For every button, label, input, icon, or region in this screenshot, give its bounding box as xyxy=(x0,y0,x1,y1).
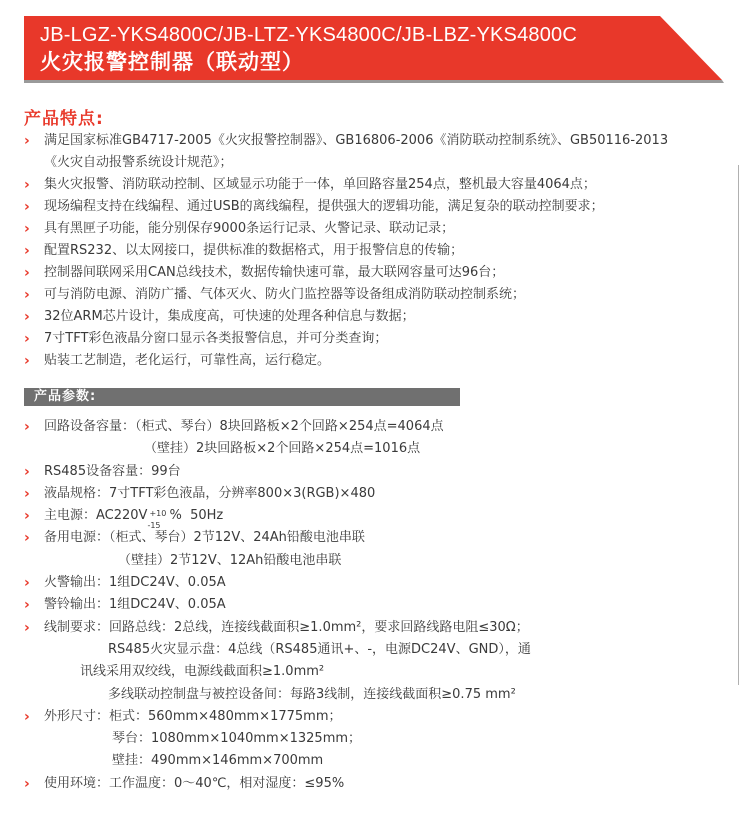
chevron-right-icon: › xyxy=(24,527,30,549)
param-environment: ›使用环境：工作温度：0～40℃，相对湿度：≤95% xyxy=(24,773,531,795)
chevron-right-icon: › xyxy=(24,328,30,350)
chevron-right-icon: › xyxy=(24,196,30,218)
param-dimensions-cont: 壁挂：490mm×146mm×700mm xyxy=(24,750,531,772)
params-list: ›回路设备容量：（柜式、琴台）8块回路板×2个回路×254点=4064点 （壁挂… xyxy=(24,416,531,795)
feature-item-continued: 《火灾自动报警系统设计规范》； xyxy=(24,152,668,174)
param-fire-output: ›火警输出：1组DC24V、0.05A xyxy=(24,572,531,594)
param-rs485: ›RS485设备容量：99台 xyxy=(24,461,531,483)
param-wiring-cont: 讯线采用双绞线，电源线截面积≥1.0mm² xyxy=(24,661,531,683)
chevron-right-icon: › xyxy=(24,240,30,262)
chevron-right-icon: › xyxy=(24,594,30,616)
page-edge-line xyxy=(738,165,739,685)
chevron-right-icon: › xyxy=(24,505,30,527)
param-dimensions-cont: 琴台：1080mm×1040mm×1325mm； xyxy=(24,728,531,750)
param-loop-capacity-cont: （壁挂）2块回路板×2个回路×254点=1016点 xyxy=(24,438,531,460)
param-dimensions: ›外形尺寸：柜式：560mm×480mm×1775mm； xyxy=(24,706,531,728)
chevron-right-icon: › xyxy=(24,262,30,284)
feature-item: ›现场编程支持在线编程、通过USB的离线编程，提供强大的逻辑功能，满足复杂的联动… xyxy=(24,196,668,218)
chevron-right-icon: › xyxy=(24,350,30,372)
feature-item: ›控制器间联网采用CAN总线技术，数据传输快速可靠，最大联网容量可达96台； xyxy=(24,262,668,284)
param-wiring-cont: RS485火灾显示盘：4总线（RS485通讯+、-，电源DC24V、GND），通 xyxy=(24,639,531,661)
param-loop-capacity: ›回路设备容量：（柜式、琴台）8块回路板×2个回路×254点=4064点 xyxy=(24,416,531,438)
chevron-right-icon: › xyxy=(24,416,30,438)
tolerance: +10-15 xyxy=(147,509,169,523)
feature-item: ›可与消防电源、消防广播、气体灭火、防火门监控器等设备组成消防联动控制系统； xyxy=(24,284,668,306)
chevron-right-icon: › xyxy=(24,617,30,639)
params-heading: 产品参数: xyxy=(34,388,96,406)
feature-item: ›贴装工艺制造，老化运行，可靠性高，运行稳定。 xyxy=(24,350,668,372)
param-lcd: ›液晶规格：7寸TFT彩色液晶，分辨率800×3(RGB)×480 xyxy=(24,483,531,505)
product-title: 火灾报警控制器（联动型） xyxy=(40,46,304,76)
param-backup-power: ›备用电源：（柜式、琴台）2节12V、24Ah铅酸电池串联 xyxy=(24,527,531,549)
param-main-power: ›主电源：AC220V+10-15% 50Hz xyxy=(24,505,531,527)
chevron-right-icon: › xyxy=(24,130,30,152)
chevron-right-icon: › xyxy=(24,306,30,328)
feature-item: ›32位ARM芯片设计，集成度高，可快速的处理各种信息与数据； xyxy=(24,306,668,328)
param-wiring-cont: 多线联动控制盘与被控设备间：每路3线制，连接线截面积≥0.75 mm² xyxy=(24,684,531,706)
chevron-right-icon: › xyxy=(24,284,30,306)
feature-item: ›7寸TFT彩色液晶分窗口显示各类报警信息，并可分类查询； xyxy=(24,328,668,350)
param-backup-power-cont: （壁挂）2节12V、12Ah铅酸电池串联 xyxy=(24,550,531,572)
chevron-right-icon: › xyxy=(24,174,30,196)
chevron-right-icon: › xyxy=(24,461,30,483)
product-model: JB-LGZ-YKS4800C/JB-LTZ-YKS4800C/JB-LBZ-Y… xyxy=(40,24,577,47)
chevron-right-icon: › xyxy=(24,773,30,795)
chevron-right-icon: › xyxy=(24,483,30,505)
chevron-right-icon: › xyxy=(24,218,30,240)
param-wiring: ›线制要求：回路总线：2总线，连接线截面积≥1.0mm²，要求回路线路电阻≤30… xyxy=(24,617,531,639)
param-bell-output: ›警铃输出：1组DC24V、0.05A xyxy=(24,594,531,616)
feature-item: ›配置RS232、以太网接口，提供标准的数据格式，用于报警信息的传输； xyxy=(24,240,668,262)
feature-item: ›满足国家标准GB4717-2005《火灾报警控制器》、GB16806-2006… xyxy=(24,130,668,152)
feature-item: ›具有黑匣子功能，能分别保存9000条运行记录、火警记录、联动记录； xyxy=(24,218,668,240)
feature-item: ›集火灾报警、消防联动控制、区域显示功能于一体，单回路容量254点，整机最大容量… xyxy=(24,174,668,196)
params-heading-bar: 产品参数: xyxy=(24,388,460,406)
features-heading: 产品特点: xyxy=(24,104,104,129)
banner-shadow xyxy=(24,80,724,83)
chevron-right-icon: › xyxy=(24,706,30,728)
chevron-right-icon: › xyxy=(24,572,30,594)
features-list: ›满足国家标准GB4717-2005《火灾报警控制器》、GB16806-2006… xyxy=(24,130,668,372)
